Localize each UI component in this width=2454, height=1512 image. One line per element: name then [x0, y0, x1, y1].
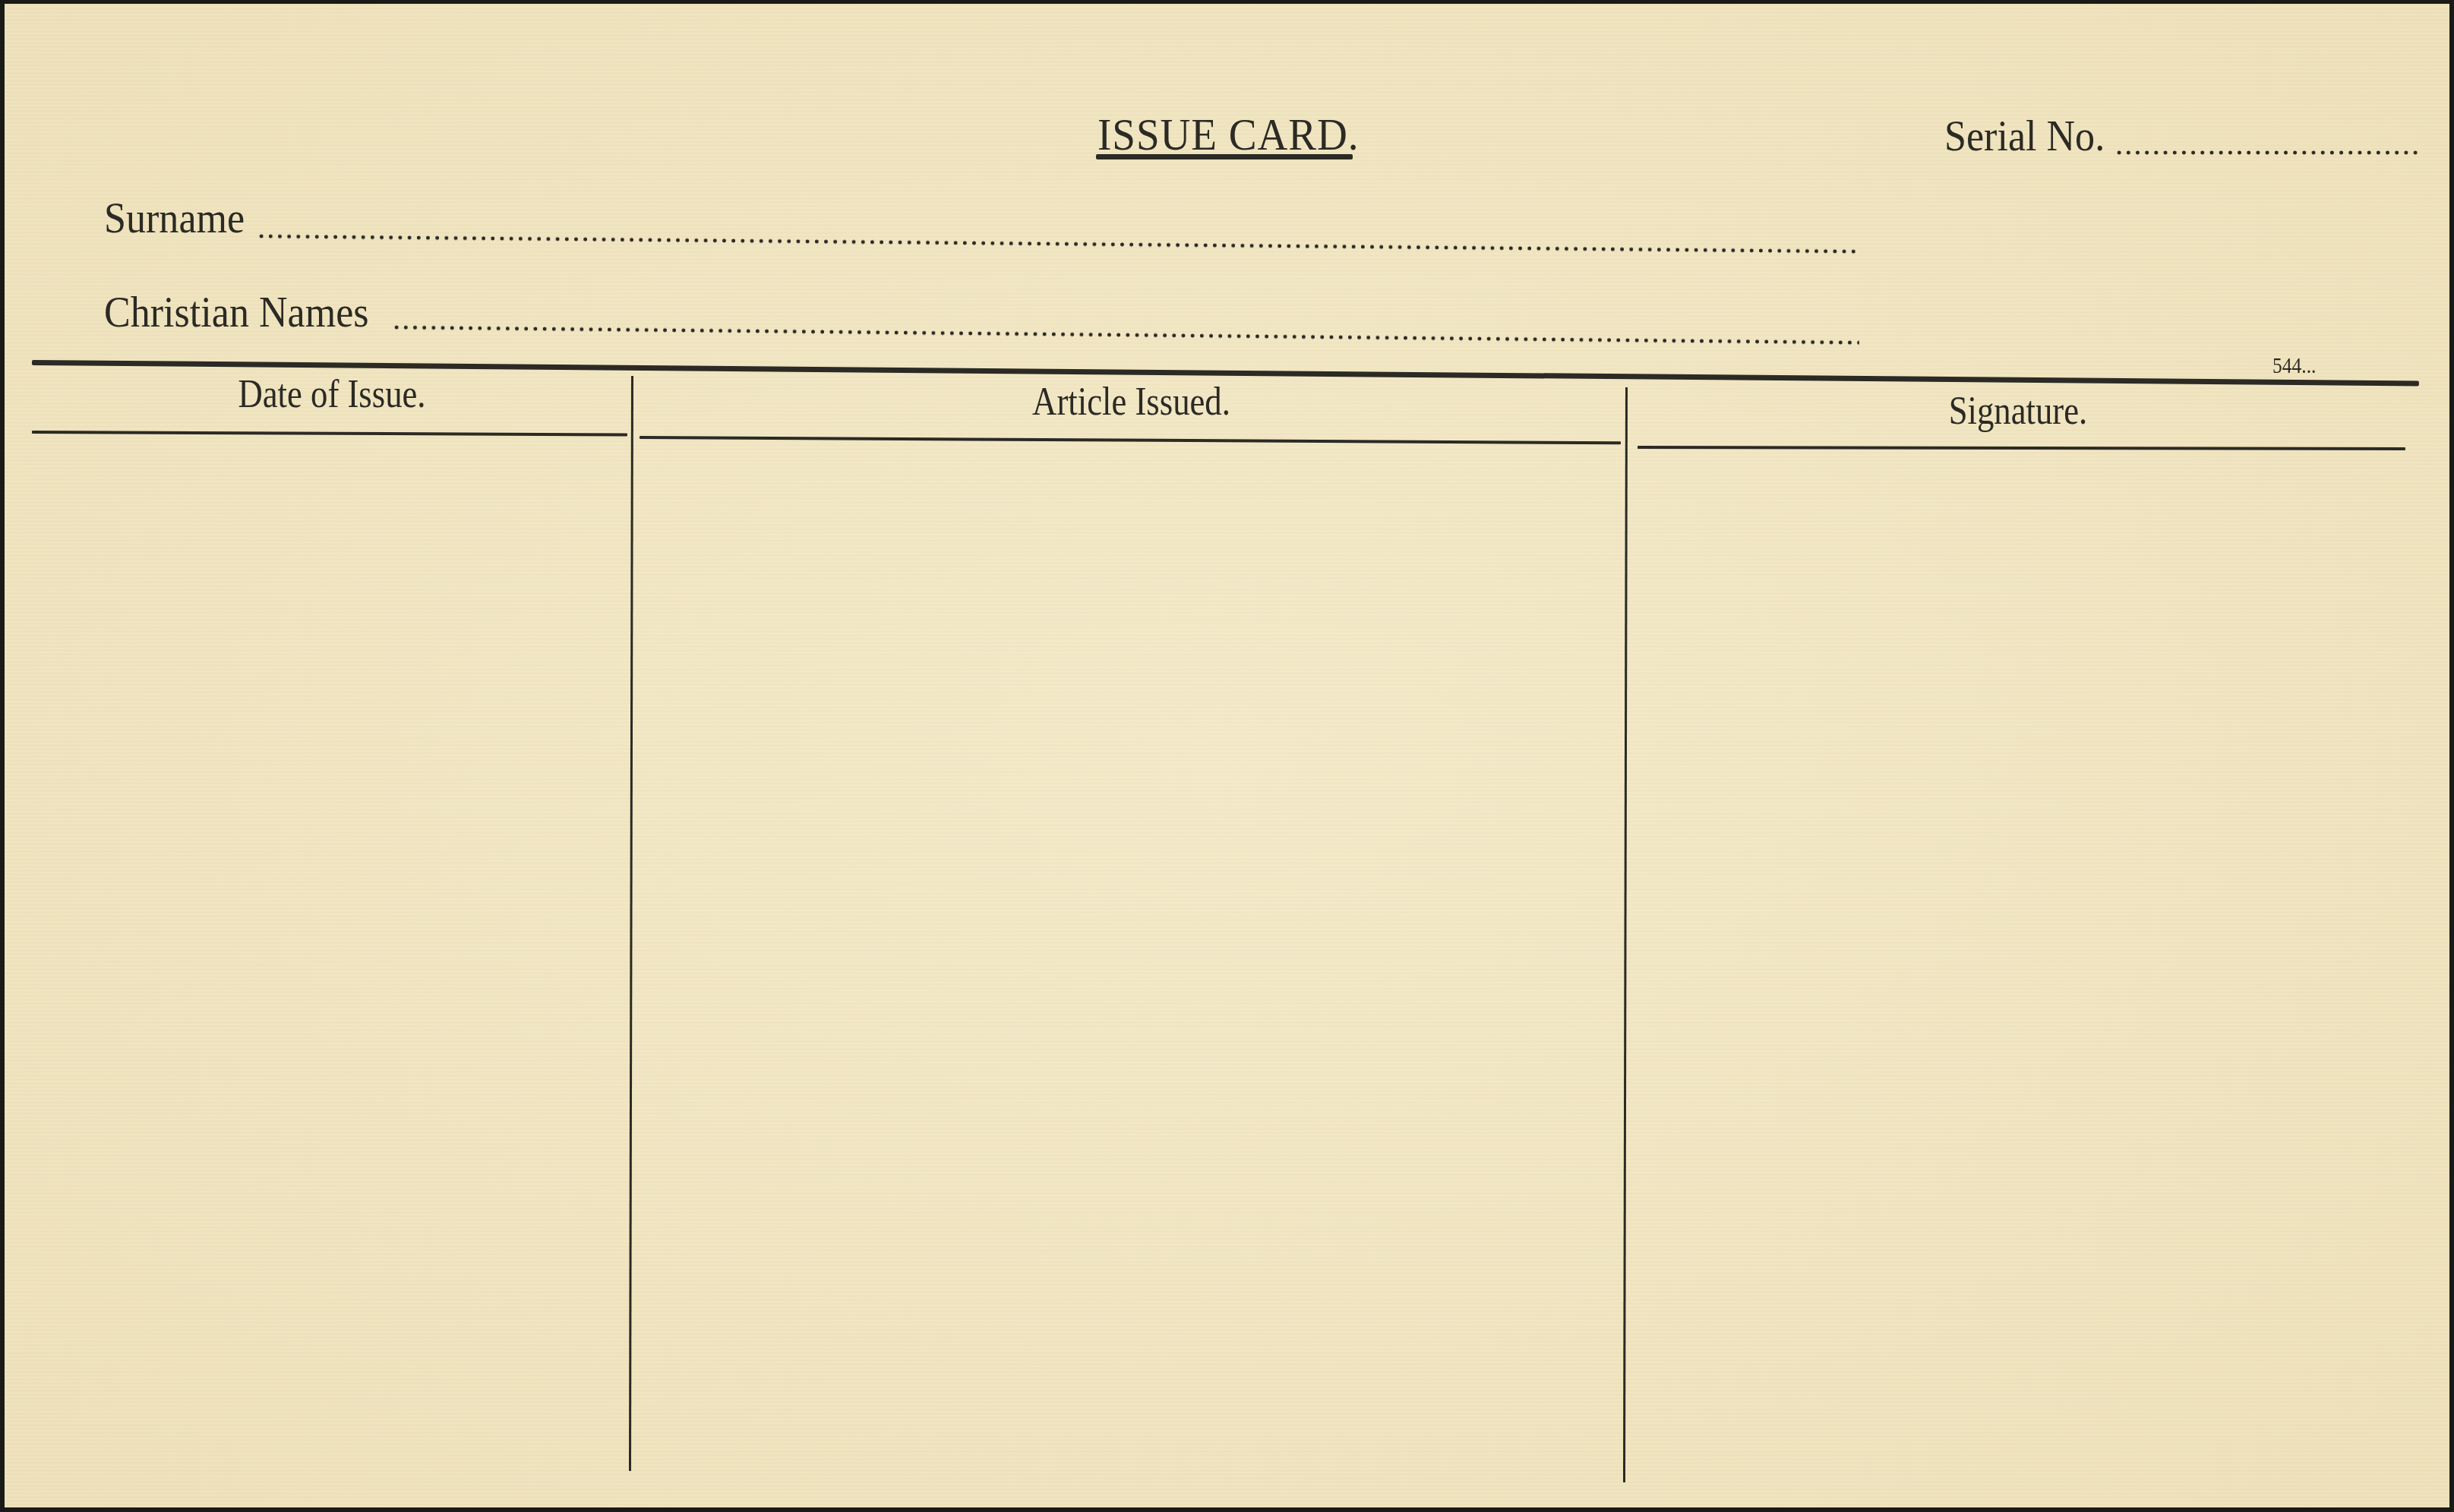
form-number: 544... [2272, 353, 2316, 379]
article-header-rule [640, 436, 1621, 444]
surname-field[interactable] [257, 194, 1859, 239]
date-of-issue-entry-area[interactable] [32, 444, 629, 1469]
serial-number-label: Serial No. [1944, 112, 2105, 161]
serial-number-field[interactable] [2114, 110, 2420, 156]
column-header-signature: Signature. [1685, 389, 2351, 434]
signature-entry-area[interactable] [1631, 459, 2413, 1477]
surname-label: Surname [104, 194, 245, 243]
column-divider [629, 376, 633, 1471]
card-title: ISSUE CARD. [1098, 109, 1359, 161]
title-underline [1096, 154, 1353, 159]
date-header-rule [32, 431, 627, 436]
column-header-date-of-issue: Date of Issue. [74, 372, 589, 417]
christian-names-field[interactable] [392, 286, 1859, 332]
column-header-article-issued: Article Issued. [706, 380, 1557, 425]
christian-names-label: Christian Names [104, 289, 369, 337]
column-divider [1623, 387, 1628, 1482]
article-issued-entry-area[interactable] [636, 452, 1622, 1477]
issue-card: ISSUE CARD. Serial No. Surname Christian… [5, 4, 2449, 1507]
signature-header-rule [1638, 446, 2405, 450]
